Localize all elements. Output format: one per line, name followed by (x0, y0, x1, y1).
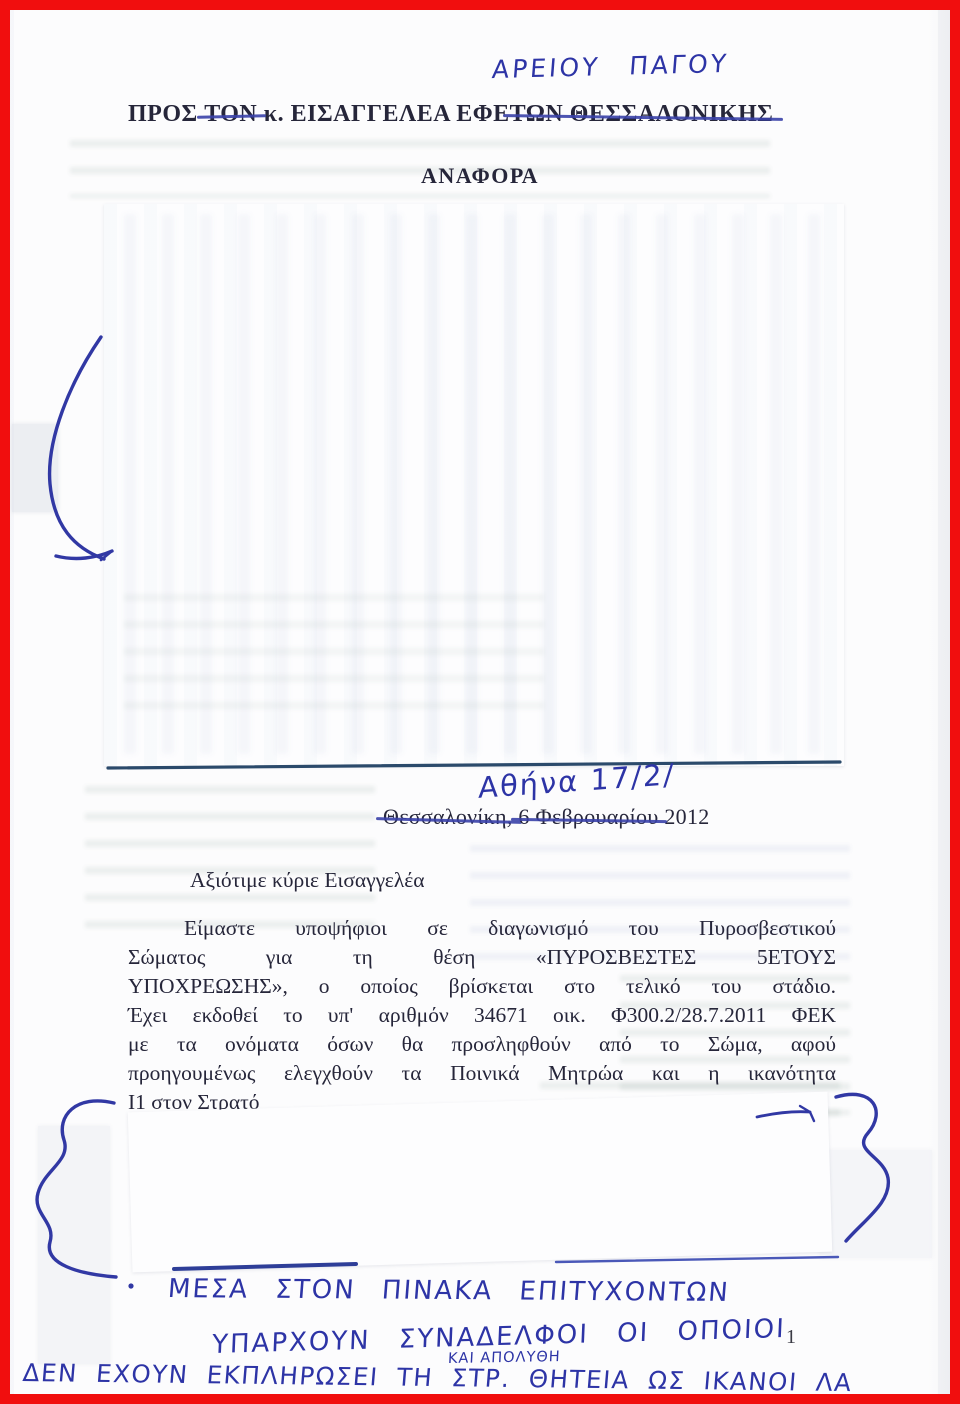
recipient-middle: κ. ΕΙΣΑΓΓΕΛΕΑ ΕΦΕ (264, 101, 510, 127)
salutation: Αξιότιμε κύριε Εισαγγελέα (190, 868, 425, 893)
dateline-year: 2012 (664, 804, 709, 829)
ghost-rows (124, 594, 544, 714)
body-paragraph: Είμαστε υποψήφιοι σε διαγωνισμό του Πυρο… (128, 914, 836, 1117)
dateline-place-struck: Θεσσαλονίκη, (383, 804, 513, 830)
paragraph-line: προηγουμένως ελεγχθούν τα Ποινικά Μητρώα… (128, 1059, 836, 1088)
recipient-struck-word: ΤΟΝ (204, 101, 257, 128)
page-edge-shadow (928, 0, 950, 1404)
paragraph-line: ΥΠΟΧΡΕΩΣΗΣ», ο οποίος βρίσκεται στο τελι… (128, 972, 836, 1001)
report-title: ΑΝΑΦΟΡΑ (0, 163, 960, 189)
recipient-line: ΠΡΟΣ ΤΟΝ κ. ΕΙΣΑΓΓΕΛΕΑ ΕΦΕΤΩΝ ΘΕΣΣΑΛΟΝΙΚ… (128, 101, 848, 128)
handwritten-note-line1: ΜΕΣΑ ΣΤΟΝ ΠΙΝΑΚΑ ΕΠΙΤΥΧΟΝΤΩΝ (167, 1274, 731, 1308)
paragraph-line: με τα ονόματα όσων θα προσληφθούν από το… (128, 1030, 836, 1059)
paragraph-line: Έχει εκδοθεί το υπ' αριθμόν 34671 οικ. Φ… (128, 1001, 836, 1030)
scanned-document-page: ΑΡΕΙΟΥ ΠΑΓΟΥ ΠΡΟΣ ΤΟΝ κ. ΕΙΣΑΓΓΕΛΕΑ ΕΦΕΤ… (0, 0, 960, 1404)
covering-paper-bottom (128, 1092, 832, 1273)
page-number: 1 (786, 1326, 796, 1349)
recipient-prefix: ΠΡΟΣ (128, 101, 198, 127)
paragraph-line: Σώματος για τη θέση «ΠΥΡΟΣΒΕΣΤΕΣ 5ΕΤΟΥΣ (128, 943, 836, 972)
covering-paper-top (104, 204, 844, 766)
recipient-struck-tail: ΤΩΝ ΘΕΣΣΑΛΟΝΙΚΗΣ (510, 101, 774, 128)
ghost-columns (124, 214, 824, 754)
dateline-date-struck: 6 Φεβρουαρίου (518, 804, 658, 830)
dateline: Θεσσαλονίκη, 6 Φεβρουαρίου 2012 (383, 804, 710, 830)
paragraph-line: Είμαστε υποψήφιοι σε διαγωνισμό του Πυρο… (128, 914, 836, 943)
